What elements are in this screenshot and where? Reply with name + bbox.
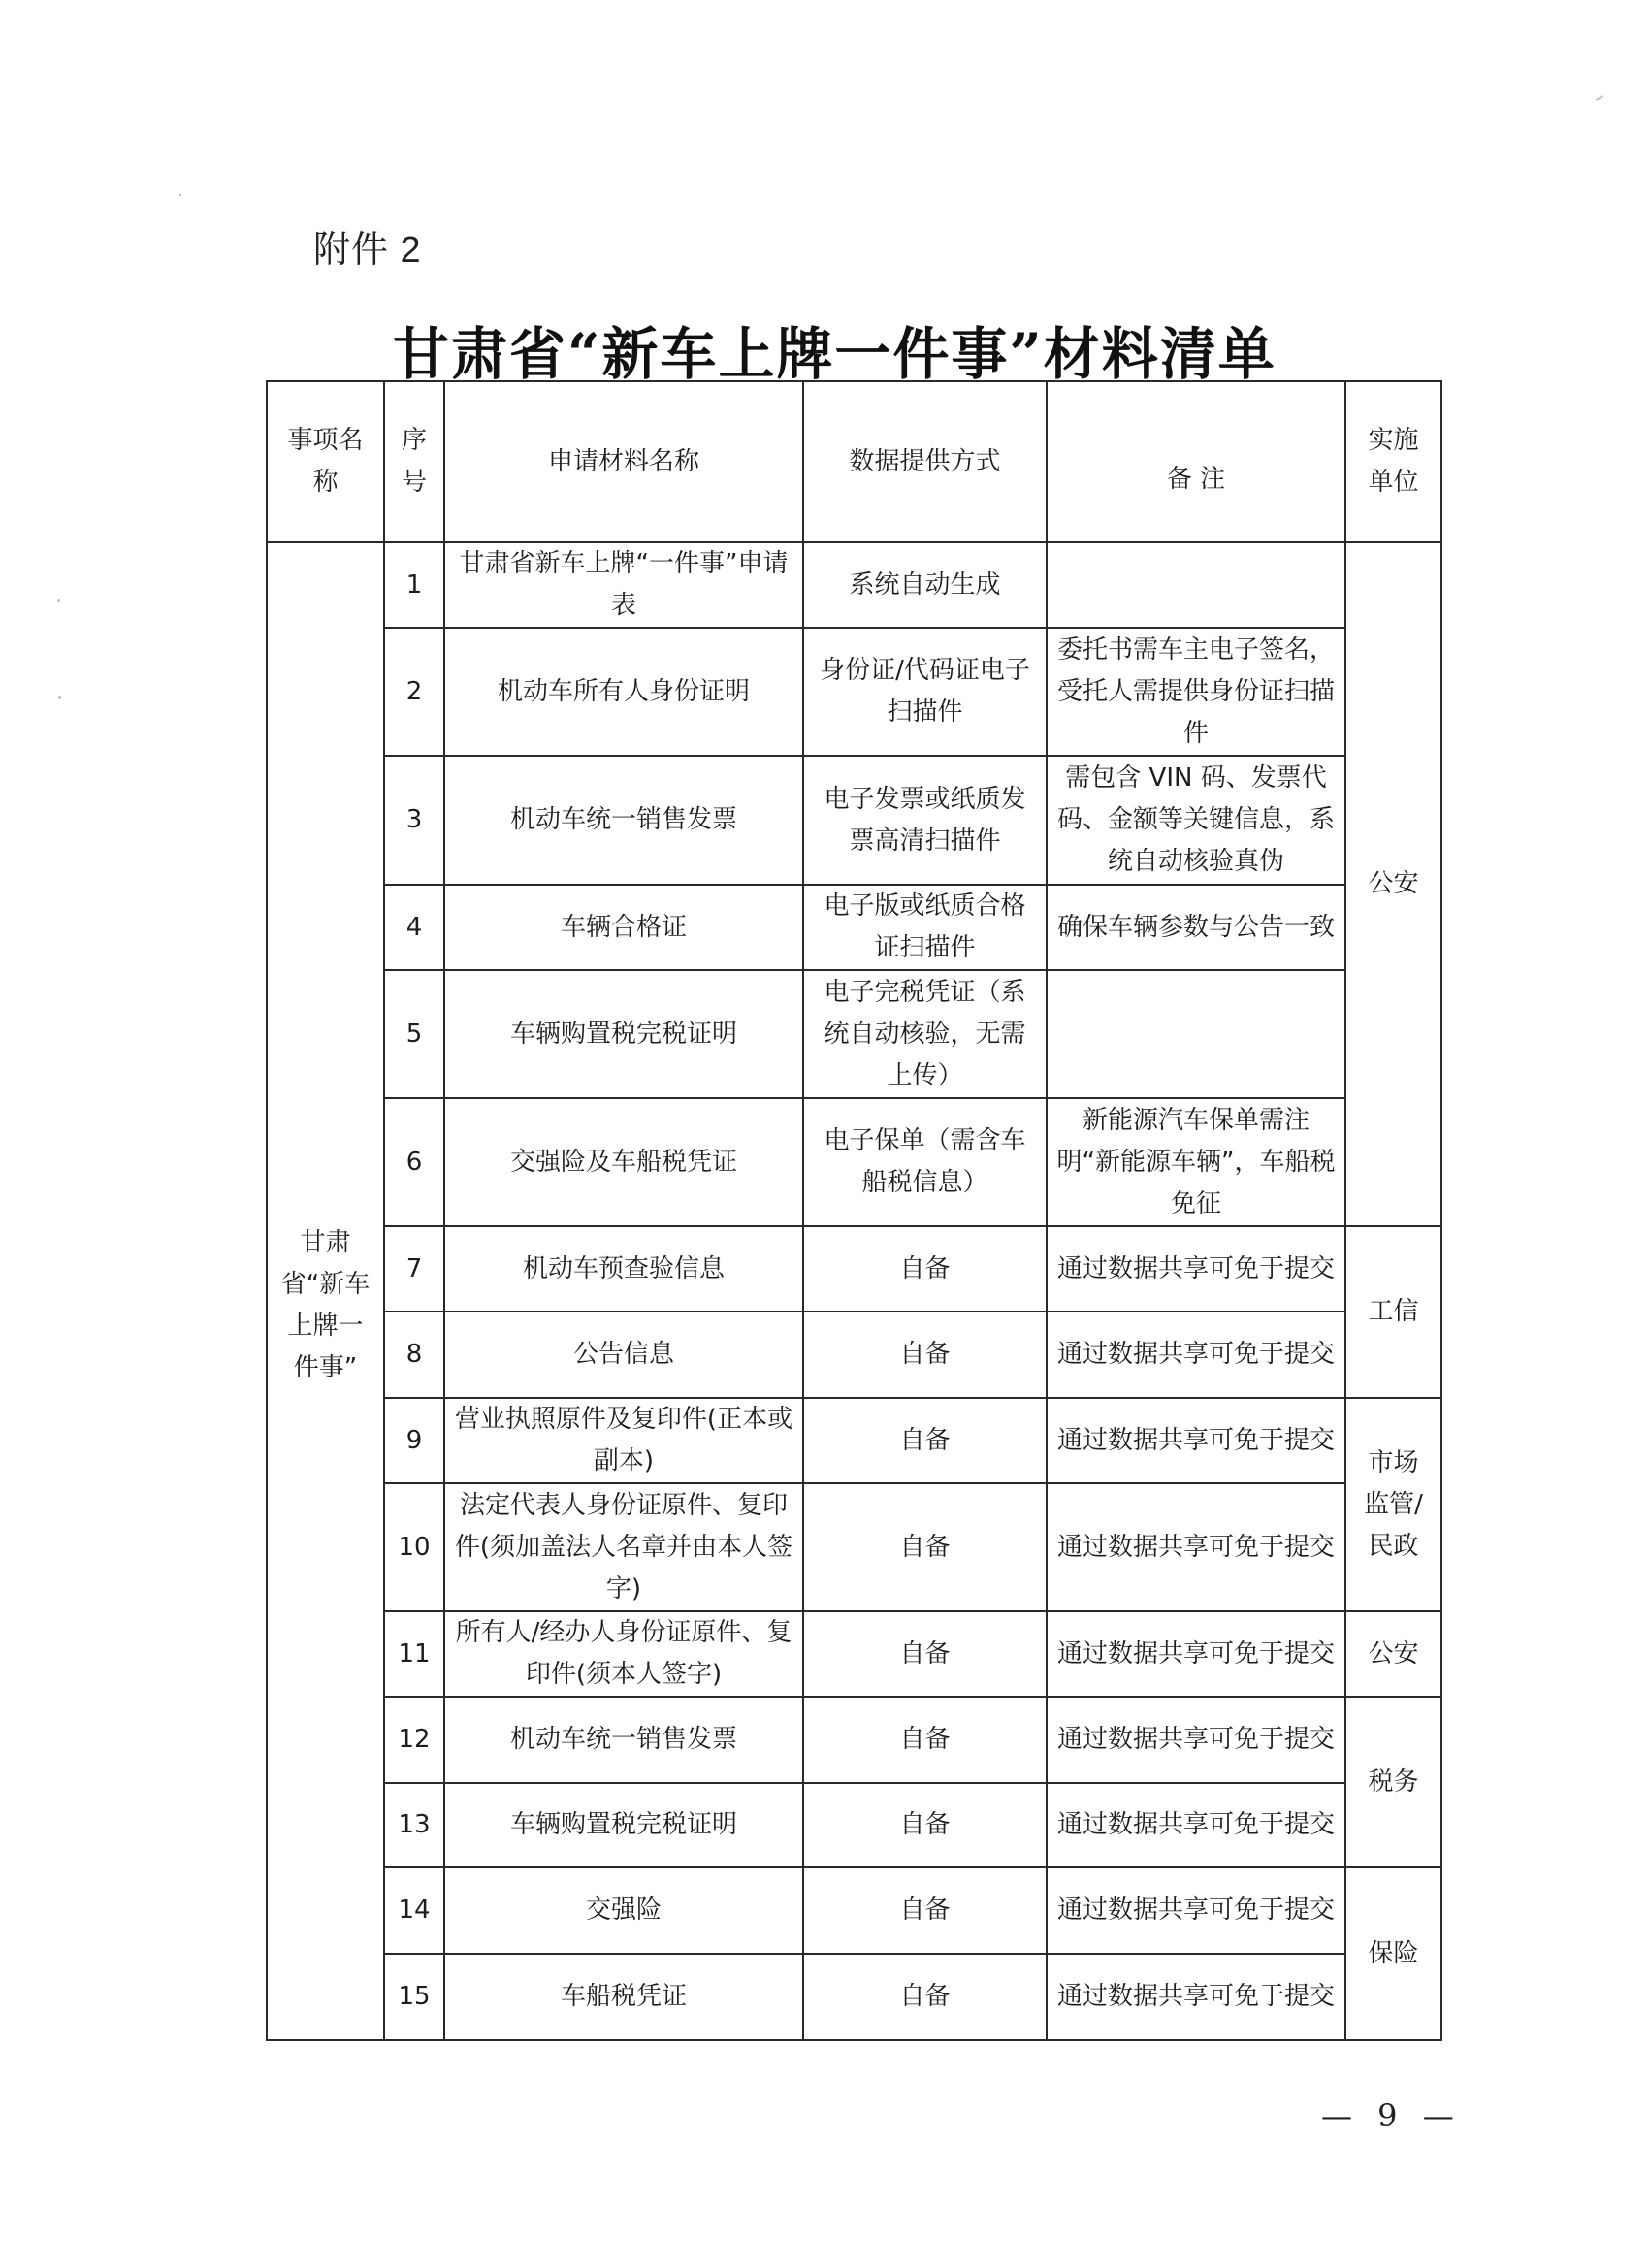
scan-speck	[57, 599, 60, 602]
agency-cell: 市场监管/民政	[1345, 1398, 1441, 1611]
data-method: 自备	[803, 1783, 1047, 1867]
row-number: 2	[384, 628, 444, 756]
remarks: 委托书需车主电子签名，受托人需提供身份证扫描件	[1047, 628, 1345, 756]
remarks: 通过数据共享可免于提交	[1047, 1697, 1345, 1783]
material-name: 营业执照原件及复印件(正本或副本)	[444, 1398, 803, 1483]
data-method: 自备	[803, 1312, 1047, 1398]
data-method: 电子完税凭证（系统自动核验，无需上传）	[803, 970, 1047, 1098]
table-row: 7 机动车预查验信息 自备 通过数据共享可免于提交 工信	[267, 1226, 1441, 1312]
row-number: 10	[384, 1483, 444, 1611]
table-row: 5 车辆购置税完税证明 电子完税凭证（系统自动核验，无需上传）	[267, 970, 1441, 1098]
material-name: 机动车统一销售发票	[444, 756, 803, 885]
material-name: 交强险	[444, 1867, 803, 1954]
remarks: 通过数据共享可免于提交	[1047, 1226, 1345, 1312]
table-row: 10 法定代表人身份证原件、复印件(须加盖法人名章并由本人签字) 自备 通过数据…	[267, 1483, 1441, 1611]
material-name: 法定代表人身份证原件、复印件(须加盖法人名章并由本人签字)	[444, 1483, 803, 1611]
header-remarks: 备 注	[1047, 381, 1345, 542]
row-number: 3	[384, 756, 444, 885]
row-number: 5	[384, 970, 444, 1098]
header-item-name: 事项名称	[267, 381, 384, 542]
header-agency: 实施单位	[1345, 381, 1441, 542]
row-number: 15	[384, 1954, 444, 2040]
row-number: 12	[384, 1697, 444, 1783]
material-name: 所有人/经办人身份证原件、复印件(须本人签字)	[444, 1611, 803, 1697]
material-name: 车辆购置税完税证明	[444, 970, 803, 1098]
material-name: 机动车预查验信息	[444, 1226, 803, 1312]
row-number: 7	[384, 1226, 444, 1312]
remarks	[1047, 542, 1345, 628]
table-row: 甘肃省“新车上牌一件事” 1 甘肃省新车上牌“一件事”申请表 系统自动生成 公安	[267, 542, 1441, 628]
table-row: 9 营业执照原件及复印件(正本或副本) 自备 通过数据共享可免于提交 市场监管/…	[267, 1398, 1441, 1483]
agency-cell: 公安	[1345, 1611, 1441, 1697]
remarks: 需包含 VIN 码、发票代码、金额等关键信息，系统自动核验真伪	[1047, 756, 1345, 885]
material-name: 机动车统一销售发票	[444, 1697, 803, 1783]
table-row: 15 车船税凭证 自备 通过数据共享可免于提交	[267, 1954, 1441, 2040]
data-method: 电子发票或纸质发票高清扫描件	[803, 756, 1047, 885]
row-number: 6	[384, 1098, 444, 1226]
remarks: 通过数据共享可免于提交	[1047, 1398, 1345, 1483]
row-number: 14	[384, 1867, 444, 1954]
row-number: 1	[384, 542, 444, 628]
data-method: 自备	[803, 1697, 1047, 1783]
scan-speck	[58, 696, 61, 699]
data-method: 自备	[803, 1483, 1047, 1611]
remarks: 通过数据共享可免于提交	[1047, 1783, 1345, 1867]
agency-cell: 公安	[1345, 542, 1441, 1226]
table-row: 3 机动车统一销售发票 电子发票或纸质发票高清扫描件 需包含 VIN 码、发票代…	[267, 756, 1441, 885]
remarks: 通过数据共享可免于提交	[1047, 1483, 1345, 1611]
material-name: 交强险及车船税凭证	[444, 1098, 803, 1226]
material-name: 车辆购置税完税证明	[444, 1783, 803, 1867]
document-title: 甘肃省“新车上牌一件事”材料清单	[393, 308, 1334, 390]
data-method: 自备	[803, 1867, 1047, 1954]
data-method: 自备	[803, 1398, 1047, 1483]
table-row: 2 机动车所有人身份证明 身份证/代码证电子扫描件 委托书需车主电子签名，受托人…	[267, 628, 1441, 756]
remarks	[1047, 970, 1345, 1098]
agency-cell: 工信	[1345, 1226, 1441, 1398]
remarks: 通过数据共享可免于提交	[1047, 1867, 1345, 1954]
table-header-row: 事项名称 序号 申请材料名称 数据提供方式 备 注 实施单位	[267, 381, 1441, 542]
data-method: 系统自动生成	[803, 542, 1047, 628]
agency-cell: 税务	[1345, 1697, 1441, 1867]
data-method: 电子保单（需含车船税信息）	[803, 1098, 1047, 1226]
scan-speck	[1596, 95, 1603, 101]
header-material-name: 申请材料名称	[444, 381, 803, 542]
header-data-method: 数据提供方式	[803, 381, 1047, 542]
material-name: 车辆合格证	[444, 885, 803, 970]
remarks: 通过数据共享可免于提交	[1047, 1312, 1345, 1398]
data-method: 自备	[803, 1954, 1047, 2040]
scan-speck	[179, 194, 181, 196]
table-row: 11 所有人/经办人身份证原件、复印件(须本人签字) 自备 通过数据共享可免于提…	[267, 1611, 1441, 1697]
material-name: 公告信息	[444, 1312, 803, 1398]
attachment-label: 附件 2	[313, 219, 422, 273]
data-method: 电子版或纸质合格证扫描件	[803, 885, 1047, 970]
data-method: 自备	[803, 1226, 1047, 1312]
remarks: 新能源汽车保单需注明“新能源车辆”，车船税免征	[1047, 1098, 1345, 1226]
remarks: 确保车辆参数与公告一致	[1047, 885, 1345, 970]
data-method: 身份证/代码证电子扫描件	[803, 628, 1047, 756]
materials-table-wrapper: 事项名称 序号 申请材料名称 数据提供方式 备 注 实施单位 甘肃省“新车上牌一…	[266, 380, 1442, 2041]
row-number: 13	[384, 1783, 444, 1867]
agency-cell: 保险	[1345, 1867, 1441, 2040]
table-row: 13 车辆购置税完税证明 自备 通过数据共享可免于提交	[267, 1783, 1441, 1867]
materials-table: 事项名称 序号 申请材料名称 数据提供方式 备 注 实施单位 甘肃省“新车上牌一…	[266, 380, 1442, 2041]
material-name: 机动车所有人身份证明	[444, 628, 803, 756]
table-row: 8 公告信息 自备 通过数据共享可免于提交	[267, 1312, 1441, 1398]
table-row: 4 车辆合格证 电子版或纸质合格证扫描件 确保车辆参数与公告一致	[267, 885, 1441, 970]
table-row: 14 交强险 自备 通过数据共享可免于提交 保险	[267, 1867, 1441, 1954]
data-method: 自备	[803, 1611, 1047, 1697]
remarks: 通过数据共享可免于提交	[1047, 1954, 1345, 2040]
material-name: 车船税凭证	[444, 1954, 803, 2040]
remarks: 通过数据共享可免于提交	[1047, 1611, 1345, 1697]
row-number: 11	[384, 1611, 444, 1697]
row-number: 4	[384, 885, 444, 970]
material-name: 甘肃省新车上牌“一件事”申请表	[444, 542, 803, 628]
table-row: 6 交强险及车船税凭证 电子保单（需含车船税信息） 新能源汽车保单需注明“新能源…	[267, 1098, 1441, 1226]
row-number: 8	[384, 1312, 444, 1398]
row-number: 9	[384, 1398, 444, 1483]
item-name-cell: 甘肃省“新车上牌一件事”	[267, 542, 384, 2040]
table-row: 12 机动车统一销售发票 自备 通过数据共享可免于提交 税务	[267, 1697, 1441, 1783]
header-seq: 序号	[384, 381, 444, 542]
page-number: — 9 —	[1321, 2097, 1462, 2134]
